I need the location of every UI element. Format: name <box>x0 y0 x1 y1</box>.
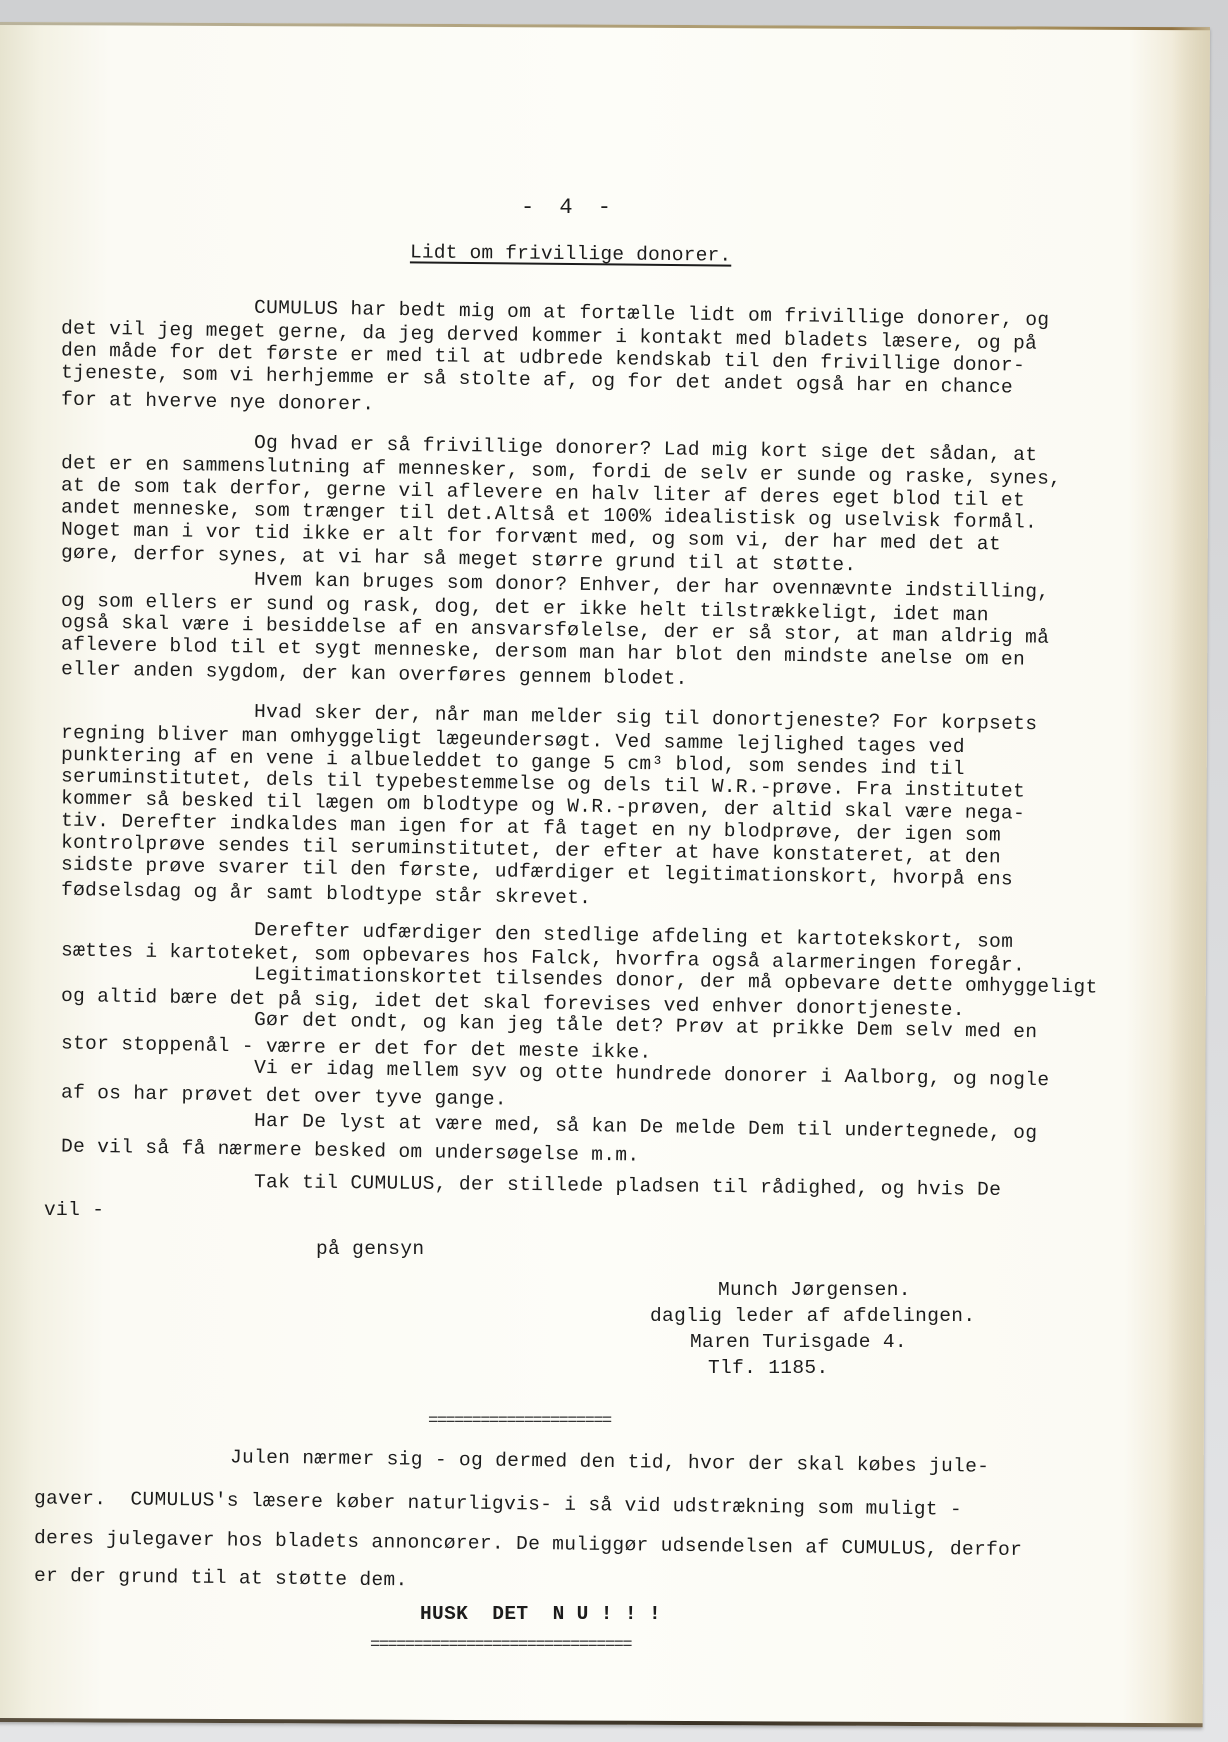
article-line: Vi er idag mellem syv og otte hundrede d… <box>254 1058 1050 1090</box>
page-number: - 4 - <box>521 198 617 218</box>
signature-phone: Tlf. 1185. <box>708 1358 829 1378</box>
signature-name: Munch Jørgensen. <box>718 1280 911 1300</box>
signature-address: Maren Turisgade 4. <box>690 1332 907 1352</box>
article-line: De vil så få nærmere besked om undersøge… <box>61 1136 640 1165</box>
separator-short: ===================== <box>428 1412 611 1432</box>
article-line: fødselsdag og år samt blodtype står skre… <box>61 880 592 908</box>
notice-line: Julen nærmer sig - og dermed den tid, hv… <box>230 1447 989 1476</box>
document-content: - 4 - Lidt om frivillige donorer. CUMULU… <box>0 0 1228 1742</box>
article-line: vil - <box>44 1200 104 1220</box>
article-title: Lidt om frivillige donorer. <box>410 242 732 265</box>
notice-line: er der grund til at støtte dem. <box>34 1566 408 1591</box>
notice-line: deres julegaver hos bladets annoncører. … <box>34 1528 1022 1560</box>
signature-role: daglig leder af afdelingen. <box>650 1306 975 1326</box>
separator-long: ============================== <box>370 1636 631 1656</box>
farewell: på gensyn <box>316 1239 424 1259</box>
reminder-text: HUSK DET N U ! ! ! <box>420 1604 661 1624</box>
notice-line: gaver. CUMULUS's læsere køber naturligvi… <box>34 1488 962 1519</box>
article-line: Tak til CUMULUS, der stillede pladsen ti… <box>254 1172 1001 1200</box>
article-line: for at hverve nye donorer. <box>61 390 375 415</box>
article-line: af os har prøvet det over tyve gange. <box>61 1082 507 1109</box>
article-line: Har De lyst at være med, så kan De melde… <box>254 1111 1038 1143</box>
